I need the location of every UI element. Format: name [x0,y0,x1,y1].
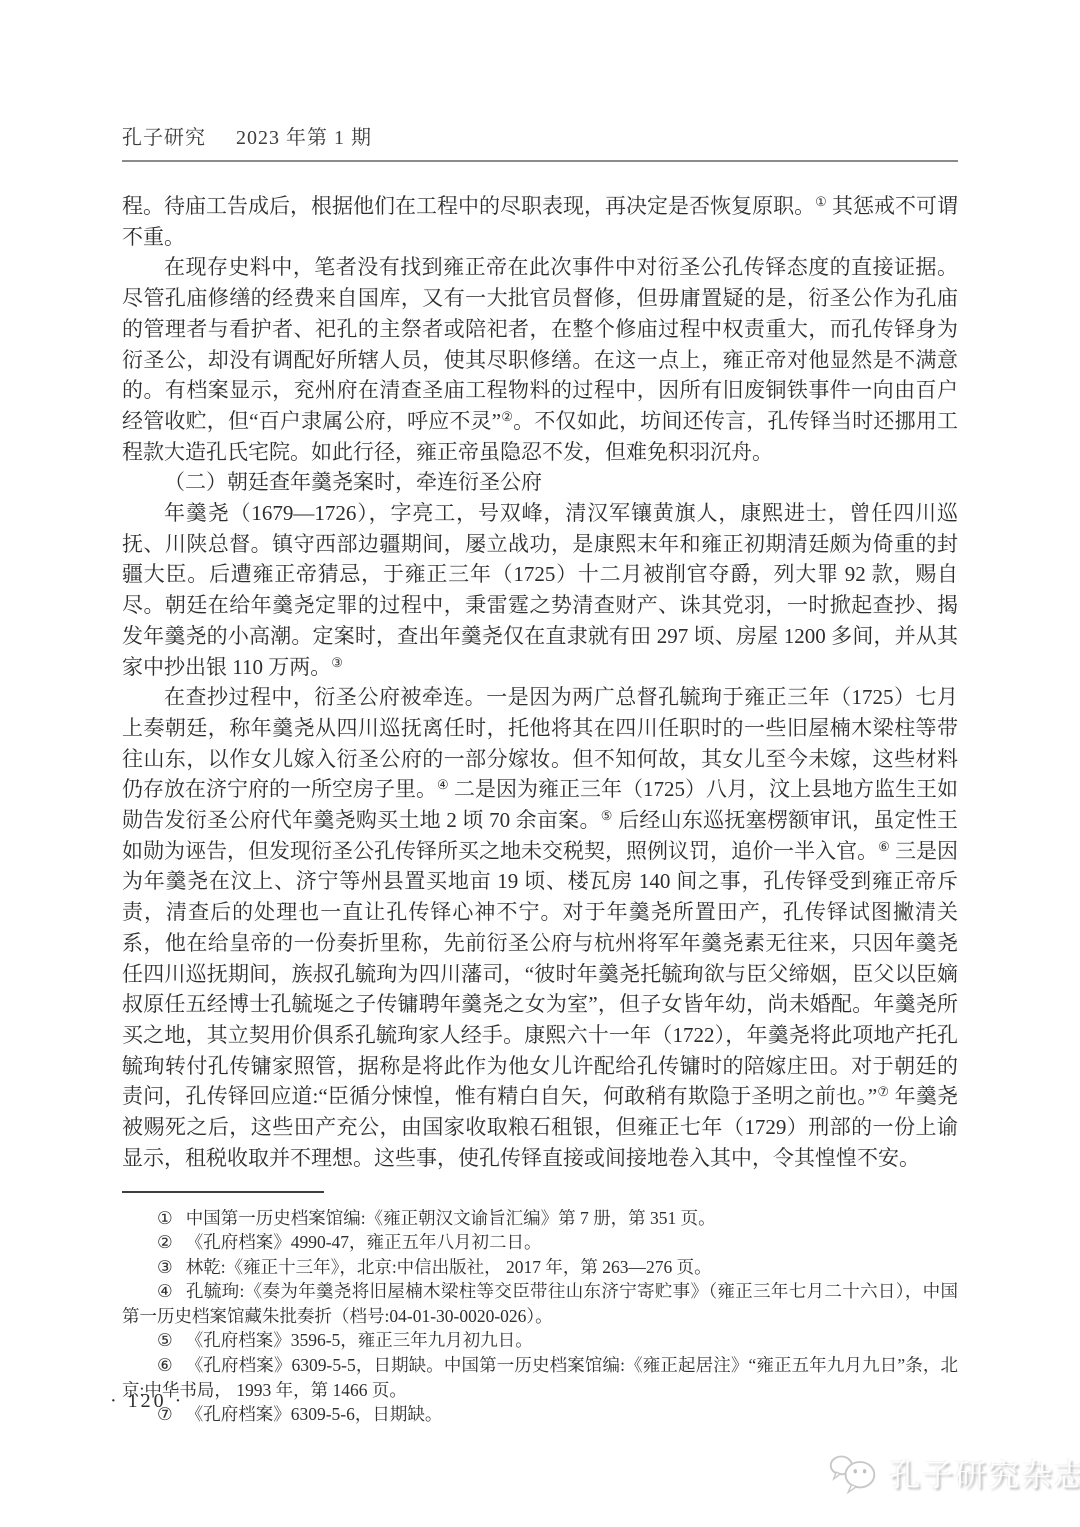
footnote-text: 《孔府档案》6309-5-6，日期缺。 [186,1404,443,1424]
body-text: 年羹尧（1679—1726），字亮工，号双峰，清汉军镶黄旗人，康熙进士，曾任四川… [122,501,958,679]
footnote-item: ①中国第一历史档案馆编:《雍正朝汉文谕旨汇编》第 7 册，第 351 页。 [122,1206,958,1231]
footnote-item: ⑦《孔府档案》6309-5-6，日期缺。 [122,1402,958,1427]
page-number: · 120 · [110,1390,184,1413]
subheading-text: （二）朝廷查年羹尧案时，牵连衍圣公府 [164,470,542,494]
footnote-separator [122,1191,324,1193]
footnote-text: 《孔府档案》4990-47，雍正五年八月初二日。 [186,1232,542,1252]
footnote-marker: ④ [157,1281,173,1301]
footnote-marker: ② [157,1232,173,1252]
watermark-label: 孔子研究杂志 [889,1450,1080,1495]
body-text: 三是因为年羹尧在汶上、济宁等州县置买地亩 19 顷、楼瓦房 140 间之事，孔传… [122,839,958,1109]
footnote-ref-2: ② [501,409,513,424]
footnote-ref-4: ④ [437,777,449,792]
footnote-ref-6: ⑥ [878,839,890,854]
paragraph: 年羹尧（1679—1726），字亮工，号双峰，清汉军镶黄旗人，康熙进士，曾任四川… [122,498,958,682]
footnote-item: ④孔毓珣:《奏为年羹尧将旧屋楠木梁柱等交臣带往山东济宁寄贮事》（雍正三年七月二十… [122,1279,958,1328]
page-content: 孔子研究2023 年第 1 期 程。待庙工告成后，根据他们在工程中的尽职表现，再… [122,126,958,1427]
footnote-marker: ⑤ [157,1330,173,1350]
footnote-marker: ③ [157,1257,173,1277]
scanned-journal-page: 孔子研究2023 年第 1 期 程。待庙工告成后，根据他们在工程中的尽职表现，再… [0,0,1080,1527]
journal-title: 孔子研究 [122,127,206,149]
footnote-text: 《孔府档案》6309-5-5，日期缺。中国第一历史档案馆编:《雍正起居注》“雍正… [122,1355,958,1400]
paragraph: 在现存史料中，笔者没有找到雍正帝在此次事件中对衍圣公孔传铎态度的直接证据。尽管孔… [122,252,958,467]
article-body: 程。待庙工告成后，根据他们在工程中的尽职表现，再决定是否恢复原职。① 其惩戒不可… [122,191,958,1174]
journal-watermark: 孔子研究杂志 [828,1450,1080,1495]
footnote-ref-5: ⑤ [601,808,613,823]
footnote-ref-3: ③ [331,655,343,670]
footnote-item: ②《孔府档案》4990-47，雍正五年八月初二日。 [122,1230,958,1255]
footnote-ref-1: ① [815,194,827,209]
footnote-text: 孔毓珣:《奏为年羹尧将旧屋楠木梁柱等交臣带往山东济宁寄贮事》（雍正三年七月二十六… [122,1281,958,1326]
footnote-item: ⑥《孔府档案》6309-5-5，日期缺。中国第一历史档案馆编:《雍正起居注》“雍… [122,1353,958,1402]
footnote-text: 林乾:《雍正十三年》，北京:中信出版社， 2017 年，第 263—276 页。 [186,1257,712,1277]
footnote-text: 《孔府档案》3596-5，雍正三年九月初九日。 [186,1330,533,1350]
paragraph: 在查抄过程中，衍圣公府被牵连。一是因为两广总督孔毓珣于雍正三年（1725）七月上… [122,682,958,1173]
footnotes-section: ①中国第一历史档案馆编:《雍正朝汉文谕旨汇编》第 7 册，第 351 页。 ②《… [122,1191,958,1427]
footnote-ref-7: ⑦ [877,1084,889,1099]
footnote-item: ⑤《孔府档案》3596-5，雍正三年九月初九日。 [122,1328,958,1353]
header-rule [122,160,958,162]
section-subheading: （二）朝廷查年羹尧案时，牵连衍圣公府 [122,467,958,498]
footnote-text: 中国第一历史档案馆编:《雍正朝汉文谕旨汇编》第 7 册，第 351 页。 [186,1208,716,1228]
body-text: 程。待庙工告成后，根据他们在工程中的尽职表现，再决定是否恢复原职。 [122,194,815,218]
issue-label: 2023 年第 1 期 [236,127,372,149]
footnote-item: ③林乾:《雍正十三年》，北京:中信出版社， 2017 年，第 263—276 页… [122,1255,958,1280]
footnote-marker: ⑥ [157,1355,173,1375]
body-text: 在现存史料中，笔者没有找到雍正帝在此次事件中对衍圣公孔传铎态度的直接证据。尽管孔… [122,255,958,433]
wechat-icon [828,1451,880,1495]
paragraph-continuation: 程。待庙工告成后，根据他们在工程中的尽职表现，再决定是否恢复原职。① 其惩戒不可… [122,191,958,252]
footnote-marker: ① [157,1208,173,1228]
running-header: 孔子研究2023 年第 1 期 [122,126,958,150]
